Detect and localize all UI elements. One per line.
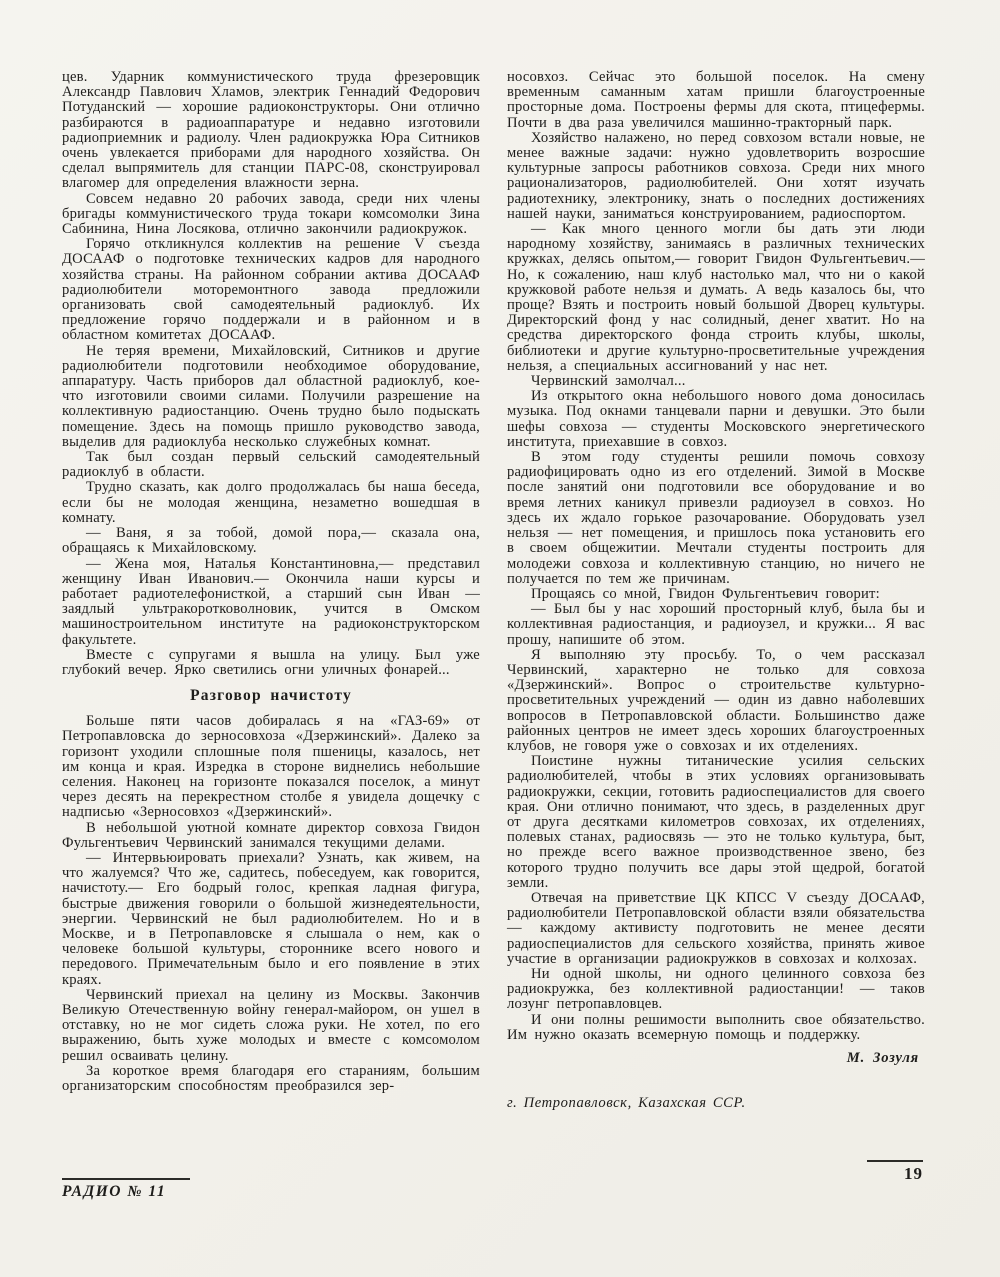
paragraph: цев. Ударник коммунистического труда фре… bbox=[62, 70, 480, 192]
paragraph: В небольшой уютной комнате директор совх… bbox=[62, 821, 480, 851]
magazine-page: цев. Ударник коммунистического труда фре… bbox=[0, 0, 1000, 1277]
paragraph: Червинский приехал на целину из Москвы. … bbox=[62, 988, 480, 1064]
paragraph: — Был бы у нас хороший просторный клуб, … bbox=[507, 602, 925, 648]
paragraph: Я выполняю эту просьбу. То, о чем расска… bbox=[507, 648, 925, 754]
paragraph: — Как много ценного могли бы дать эти лю… bbox=[507, 222, 925, 374]
paragraph: Совсем недавно 20 рабочих завода, среди … bbox=[62, 192, 480, 238]
page-number-rule bbox=[867, 1160, 923, 1162]
paragraph: И они полны решимости выполнить свое обя… bbox=[507, 1013, 925, 1043]
footer-rule bbox=[62, 1178, 190, 1180]
paragraph: За короткое время благодаря его старания… bbox=[62, 1064, 480, 1094]
paragraph: Ни одной школы, ни одного целинного совх… bbox=[507, 967, 925, 1013]
paragraph: Трудно сказать, как долго продолжалась б… bbox=[62, 480, 480, 526]
paragraph: Поистине нужны титанические усилия сельс… bbox=[507, 754, 925, 891]
paragraph: Из открытого окна небольшого нового дома… bbox=[507, 389, 925, 450]
left-column: цев. Ударник коммунистического труда фре… bbox=[62, 70, 480, 1094]
paragraph: Отвечая на приветствие ЦК КПСС V съезду … bbox=[507, 891, 925, 967]
paragraph: — Интервьюировать приехали? Узнать, как … bbox=[62, 851, 480, 988]
paragraph: Горячо откликнулся коллектив на решение … bbox=[62, 237, 480, 343]
paragraph: В этом году студенты решили помочь совхо… bbox=[507, 450, 925, 587]
dateline: г. Петропавловск, Казахская ССР. bbox=[507, 1096, 925, 1111]
paragraph: Прощаясь со мной, Гвидон Фульгентьевич г… bbox=[507, 587, 925, 602]
paragraph: Хозяйство налажено, но перед совхозом вс… bbox=[507, 131, 925, 222]
right-column: носовхоз. Сейчас это большой поселок. На… bbox=[507, 70, 925, 1111]
paragraph: Не теряя времени, Михайловский, Ситников… bbox=[62, 344, 480, 450]
page-number: 19 bbox=[507, 1164, 925, 1184]
section-heading: Разговор начистоту bbox=[62, 687, 480, 705]
paragraph: Червинский замолчал... bbox=[507, 374, 925, 389]
paragraph: носовхоз. Сейчас это большой поселок. На… bbox=[507, 70, 925, 131]
journal-title: РАДИО № 11 bbox=[62, 1183, 262, 1201]
paragraph: — Ваня, я за тобой, домой пора,— сказала… bbox=[62, 526, 480, 556]
paragraph: Вместе с супругами я вышла на улицу. Был… bbox=[62, 648, 480, 678]
author-signature: М. Зозуля bbox=[507, 1051, 925, 1066]
page-number-footer: 19 bbox=[507, 1160, 925, 1184]
paragraph: — Жена моя, Наталья Константиновна,— пре… bbox=[62, 557, 480, 648]
journal-footer: РАДИО № 11 bbox=[62, 1178, 262, 1201]
paragraph: Больше пяти часов добиралась я на «ГАЗ-6… bbox=[62, 714, 480, 820]
paragraph: Так был создан первый сельский самодеяте… bbox=[62, 450, 480, 480]
